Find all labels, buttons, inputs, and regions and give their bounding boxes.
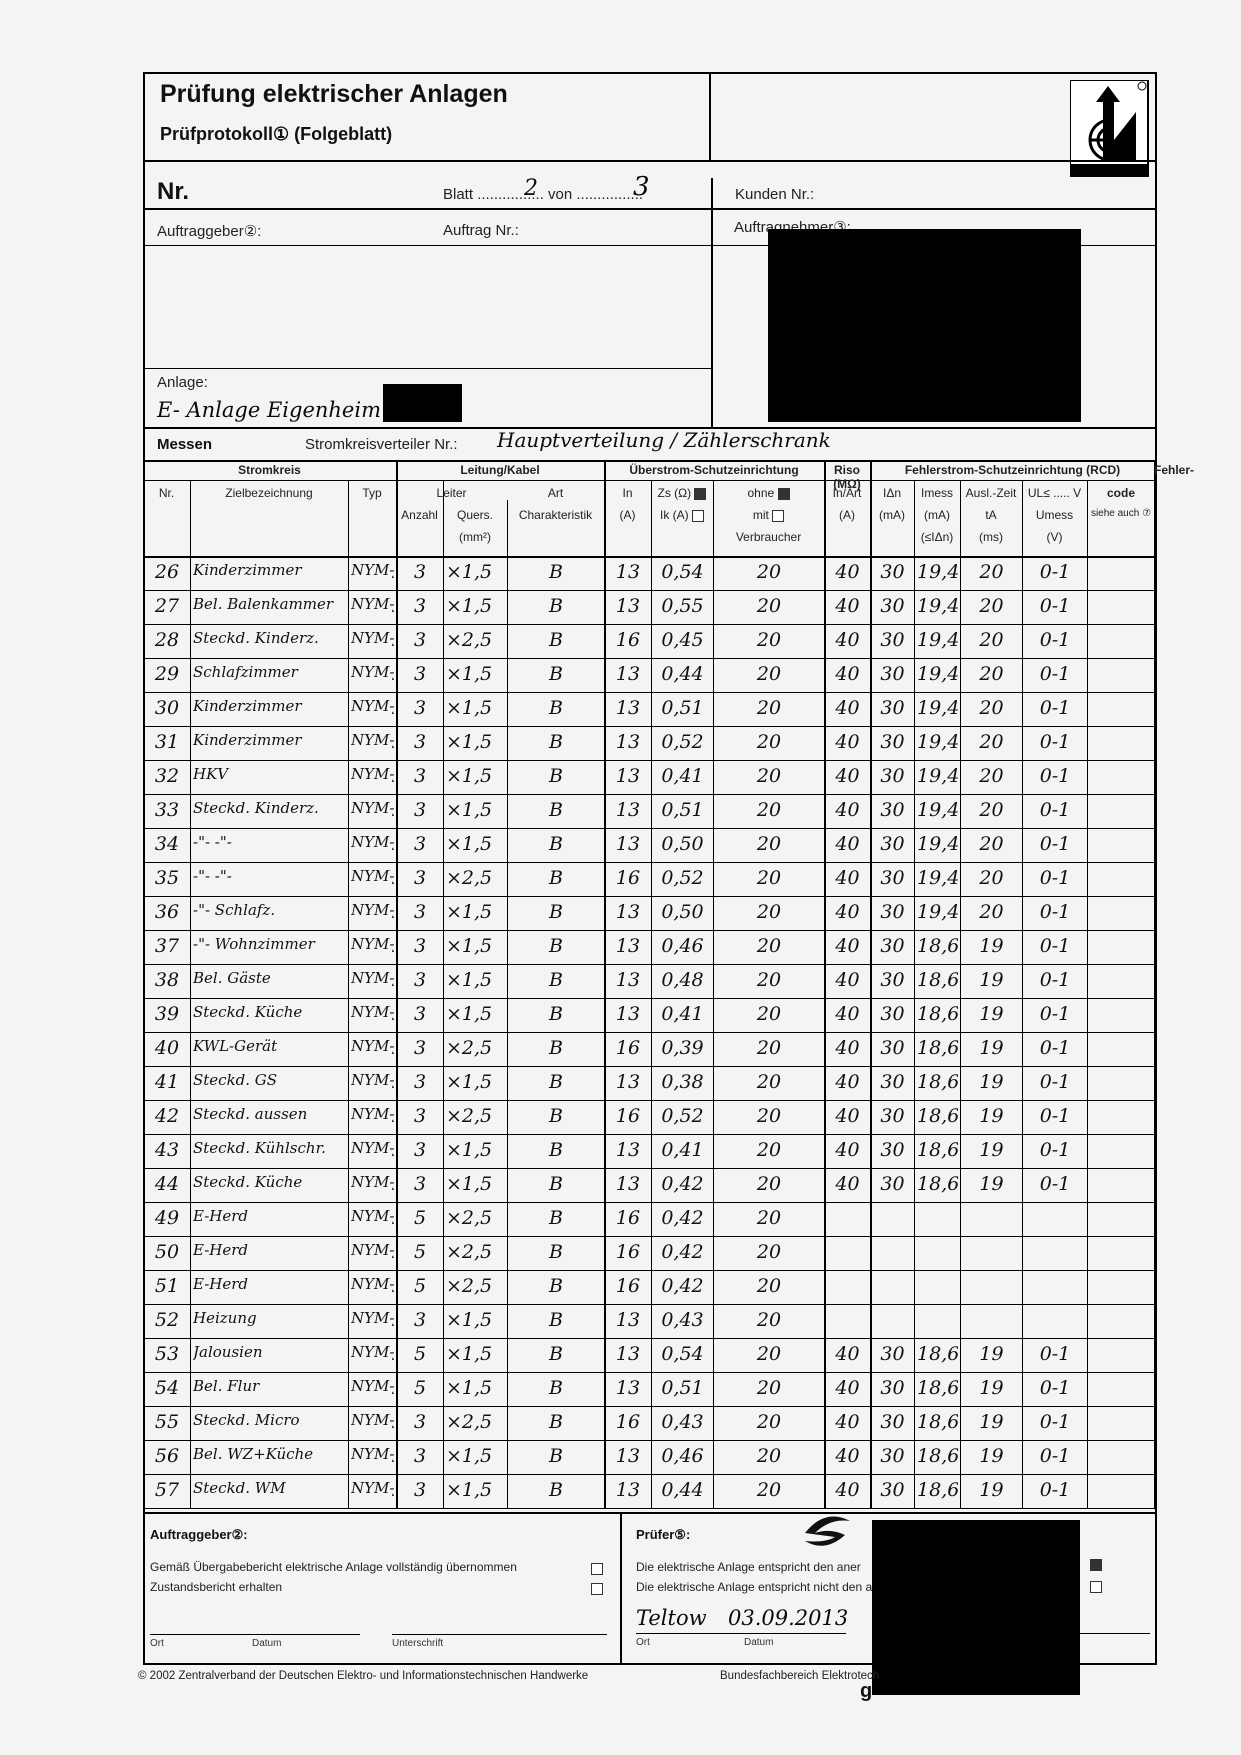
cell-u[interactable]: 0-1 (1025, 595, 1085, 617)
cell-riso[interactable]: 20 (716, 1071, 822, 1093)
cell-anzahl[interactable]: 3 (399, 1173, 441, 1195)
cell-riso[interactable]: 20 (716, 901, 822, 923)
cell-ziel[interactable]: Steckd. Küche (193, 1173, 346, 1191)
cell-nr[interactable]: 54 (146, 1377, 188, 1399)
cell-in[interactable]: 13 (607, 1309, 649, 1331)
cell-nr[interactable]: 53 (146, 1343, 188, 1365)
cell-anzahl[interactable]: 5 (399, 1241, 441, 1263)
cell-typ[interactable]: NYM-J (351, 1479, 394, 1497)
cell-in_art[interactable]: 40 (827, 595, 868, 617)
cell-idn[interactable]: 30 (873, 663, 912, 685)
cell-art[interactable]: B (510, 969, 602, 991)
cell-quers[interactable]: ×1,5 (446, 1445, 505, 1467)
cell-quers[interactable]: ×1,5 (446, 1071, 505, 1093)
cell-idn[interactable]: 30 (873, 799, 912, 821)
cell-imess[interactable]: 18,6 (917, 935, 958, 957)
cell-imess[interactable]: 18,6 (917, 1071, 958, 1093)
cell-ta[interactable]: 19 (963, 969, 1020, 991)
cell-in[interactable]: 13 (607, 1003, 649, 1025)
cell-in[interactable]: 16 (607, 1241, 649, 1263)
cell-nr[interactable]: 44 (146, 1173, 188, 1195)
cell-u[interactable]: 0-1 (1025, 935, 1085, 957)
pruefer-ort-value[interactable]: Teltow (636, 1606, 707, 1630)
cell-zs[interactable]: 0,45 (654, 629, 711, 651)
cell-u[interactable]: 0-1 (1025, 1037, 1085, 1059)
cell-typ[interactable]: NYM-J (351, 1037, 394, 1055)
cell-anzahl[interactable]: 3 (399, 697, 441, 719)
cell-imess[interactable]: 18,6 (917, 1411, 958, 1433)
cell-quers[interactable]: ×1,5 (446, 1139, 505, 1161)
cell-nr[interactable]: 28 (146, 629, 188, 651)
cell-imess[interactable]: 18,6 (917, 1445, 958, 1467)
checkbox-zs[interactable] (694, 488, 706, 500)
cell-typ[interactable]: NYM-J (351, 731, 394, 749)
cell-ziel[interactable]: HKV (193, 765, 346, 783)
cell-zs[interactable]: 0,48 (654, 969, 711, 991)
cell-nr[interactable]: 50 (146, 1241, 188, 1263)
cell-art[interactable]: B (510, 731, 602, 753)
cell-quers[interactable]: ×1,5 (446, 765, 505, 787)
cell-typ[interactable]: NYM-J (351, 1343, 394, 1361)
cell-typ[interactable]: NYM-J (351, 1207, 394, 1225)
cell-imess[interactable]: 18,6 (917, 1003, 958, 1025)
cell-ziel[interactable]: Steckd. Küche (193, 1003, 346, 1021)
cell-imess[interactable]: 19,4 (917, 833, 958, 855)
cell-typ[interactable]: NYM-J (351, 1105, 394, 1123)
cell-quers[interactable]: ×1,5 (446, 731, 505, 753)
cell-riso[interactable]: 20 (716, 1445, 822, 1467)
cell-riso[interactable]: 20 (716, 1309, 822, 1331)
cell-zs[interactable]: 0,42 (654, 1241, 711, 1263)
cell-idn[interactable]: 30 (873, 901, 912, 923)
cell-typ[interactable]: NYM-J (351, 1411, 394, 1429)
cell-nr[interactable]: 37 (146, 935, 188, 957)
cell-nr[interactable]: 42 (146, 1105, 188, 1127)
cell-ta[interactable]: 20 (963, 731, 1020, 753)
cell-ta[interactable]: 19 (963, 1479, 1020, 1501)
cell-ta[interactable]: 20 (963, 901, 1020, 923)
cell-nr[interactable]: 34 (146, 833, 188, 855)
cell-in[interactable]: 13 (607, 663, 649, 685)
cell-in_art[interactable]: 40 (827, 901, 868, 923)
cell-imess[interactable]: 18,6 (917, 1343, 958, 1365)
cell-idn[interactable]: 30 (873, 1377, 912, 1399)
cell-in[interactable]: 16 (607, 1411, 649, 1433)
cell-in_art[interactable]: 40 (827, 731, 868, 753)
cell-ziel[interactable]: Bel. WZ+Küche (193, 1445, 346, 1463)
cell-typ[interactable]: NYM-J (351, 1241, 394, 1259)
cell-anzahl[interactable]: 3 (399, 629, 441, 651)
checkbox-uebernommen[interactable] (591, 1560, 603, 1578)
cell-anzahl[interactable]: 3 (399, 663, 441, 685)
cell-u[interactable]: 0-1 (1025, 731, 1085, 753)
cell-quers[interactable]: ×1,5 (446, 935, 505, 957)
cell-art[interactable]: B (510, 1071, 602, 1093)
cell-imess[interactable]: 19,4 (917, 799, 958, 821)
cell-quers[interactable]: ×2,5 (446, 629, 505, 651)
cell-imess[interactable]: 19,4 (917, 867, 958, 889)
cell-idn[interactable]: 30 (873, 1071, 912, 1093)
cell-ziel[interactable]: Kinderzimmer (193, 697, 346, 715)
cell-riso[interactable]: 20 (716, 799, 822, 821)
cell-idn[interactable]: 30 (873, 833, 912, 855)
cell-quers[interactable]: ×2,5 (446, 1207, 505, 1229)
cell-art[interactable]: B (510, 1003, 602, 1025)
cell-nr[interactable]: 57 (146, 1479, 188, 1501)
cell-in[interactable]: 13 (607, 595, 649, 617)
cell-zs[interactable]: 0,52 (654, 731, 711, 753)
cell-art[interactable]: B (510, 901, 602, 923)
cell-in_art[interactable]: 40 (827, 799, 868, 821)
cell-in_art[interactable]: 40 (827, 697, 868, 719)
cell-imess[interactable]: 19,4 (917, 629, 958, 651)
cell-anzahl[interactable]: 3 (399, 561, 441, 583)
cell-in[interactable]: 16 (607, 867, 649, 889)
cell-u[interactable]: 0-1 (1025, 867, 1085, 889)
cell-anzahl[interactable]: 3 (399, 1037, 441, 1059)
cell-anzahl[interactable]: 3 (399, 1309, 441, 1331)
cell-art[interactable]: B (510, 1275, 602, 1297)
cell-nr[interactable]: 38 (146, 969, 188, 991)
cell-ta[interactable]: 20 (963, 799, 1020, 821)
cell-idn[interactable]: 30 (873, 1037, 912, 1059)
cell-anzahl[interactable]: 3 (399, 935, 441, 957)
cell-riso[interactable]: 20 (716, 765, 822, 787)
cell-in[interactable]: 13 (607, 1479, 649, 1501)
cell-in_art[interactable]: 40 (827, 833, 868, 855)
cell-idn[interactable]: 30 (873, 697, 912, 719)
cell-riso[interactable]: 20 (716, 935, 822, 957)
cell-nr[interactable]: 26 (146, 561, 188, 583)
cell-nr[interactable]: 29 (146, 663, 188, 685)
cell-typ[interactable]: NYM-J (351, 833, 394, 851)
cell-in_art[interactable]: 40 (827, 935, 868, 957)
cell-ziel[interactable]: E-Herd (193, 1275, 346, 1293)
cell-ta[interactable]: 19 (963, 1003, 1020, 1025)
checkbox-entspricht[interactable] (1090, 1556, 1102, 1574)
cell-nr[interactable]: 51 (146, 1275, 188, 1297)
cell-quers[interactable]: ×1,5 (446, 1343, 505, 1365)
cell-imess[interactable]: 19,4 (917, 697, 958, 719)
cell-ziel[interactable]: E-Herd (193, 1241, 346, 1259)
cell-zs[interactable]: 0,42 (654, 1207, 711, 1229)
cell-quers[interactable]: ×1,5 (446, 1003, 505, 1025)
cell-in_art[interactable]: 40 (827, 969, 868, 991)
cell-nr[interactable]: 52 (146, 1309, 188, 1331)
cell-typ[interactable]: NYM-J (351, 1377, 394, 1395)
cell-zs[interactable]: 0,41 (654, 1003, 711, 1025)
cell-nr[interactable]: 55 (146, 1411, 188, 1433)
cell-ziel[interactable]: -"- Schlafz. (193, 901, 346, 919)
cell-nr[interactable]: 49 (146, 1207, 188, 1229)
cell-ziel[interactable]: Steckd. Kühlschr. (193, 1139, 346, 1157)
cell-riso[interactable]: 20 (716, 561, 822, 583)
cell-anzahl[interactable]: 3 (399, 833, 441, 855)
cell-anzahl[interactable]: 3 (399, 1071, 441, 1093)
cell-idn[interactable]: 30 (873, 1173, 912, 1195)
cell-typ[interactable]: NYM-J (351, 765, 394, 783)
checkbox-zustandsbericht[interactable] (591, 1580, 603, 1598)
cell-riso[interactable]: 20 (716, 663, 822, 685)
cell-in[interactable]: 16 (607, 1037, 649, 1059)
cell-art[interactable]: B (510, 765, 602, 787)
cell-quers[interactable]: ×1,5 (446, 697, 505, 719)
cell-zs[interactable]: 0,43 (654, 1411, 711, 1433)
cell-art[interactable]: B (510, 1037, 602, 1059)
cell-u[interactable]: 0-1 (1025, 1173, 1085, 1195)
cell-riso[interactable]: 20 (716, 595, 822, 617)
cell-anzahl[interactable]: 3 (399, 1411, 441, 1433)
cell-imess[interactable]: 18,6 (917, 969, 958, 991)
cell-typ[interactable]: NYM-J (351, 1139, 394, 1157)
cell-idn[interactable]: 30 (873, 1411, 912, 1433)
cell-zs[interactable]: 0,44 (654, 1479, 711, 1501)
cell-nr[interactable]: 27 (146, 595, 188, 617)
cell-nr[interactable]: 31 (146, 731, 188, 753)
cell-riso[interactable]: 20 (716, 833, 822, 855)
cell-art[interactable]: B (510, 1207, 602, 1229)
cell-idn[interactable]: 30 (873, 867, 912, 889)
cell-zs[interactable]: 0,39 (654, 1037, 711, 1059)
cell-art[interactable]: B (510, 1173, 602, 1195)
cell-typ[interactable]: NYM-J (351, 901, 394, 919)
cell-u[interactable]: 0-1 (1025, 1071, 1085, 1093)
von-value[interactable]: 3 (633, 172, 650, 202)
cell-idn[interactable]: 30 (873, 629, 912, 651)
cell-quers[interactable]: ×1,5 (446, 1377, 505, 1399)
cell-u[interactable]: 0-1 (1025, 969, 1085, 991)
cell-idn[interactable]: 30 (873, 731, 912, 753)
cell-idn[interactable]: 30 (873, 1479, 912, 1501)
cell-riso[interactable]: 20 (716, 1139, 822, 1161)
cell-riso[interactable]: 20 (716, 731, 822, 753)
cell-art[interactable]: B (510, 663, 602, 685)
cell-riso[interactable]: 20 (716, 1377, 822, 1399)
verteiler-value[interactable]: Hauptverteilung / Zählerschrank (497, 428, 831, 452)
cell-zs[interactable]: 0,51 (654, 1377, 711, 1399)
cell-idn[interactable]: 30 (873, 1139, 912, 1161)
cell-quers[interactable]: ×2,5 (446, 867, 505, 889)
cell-u[interactable]: 0-1 (1025, 1445, 1085, 1467)
cell-in_art[interactable]: 40 (827, 1003, 868, 1025)
cell-ta[interactable]: 20 (963, 595, 1020, 617)
cell-ziel[interactable]: -"- Wohnzimmer (193, 935, 346, 953)
cell-nr[interactable]: 39 (146, 1003, 188, 1025)
cell-typ[interactable]: NYM-J (351, 561, 394, 579)
cell-nr[interactable]: 33 (146, 799, 188, 821)
cell-anzahl[interactable]: 5 (399, 1377, 441, 1399)
cell-typ[interactable]: NYM-J (351, 1003, 394, 1021)
cell-imess[interactable]: 18,6 (917, 1479, 958, 1501)
cell-art[interactable]: B (510, 1479, 602, 1501)
cell-riso[interactable]: 20 (716, 867, 822, 889)
cell-anzahl[interactable]: 3 (399, 799, 441, 821)
cell-imess[interactable]: 18,6 (917, 1105, 958, 1127)
cell-in_art[interactable]: 40 (827, 867, 868, 889)
cell-in[interactable]: 16 (607, 1275, 649, 1297)
cell-nr[interactable]: 56 (146, 1445, 188, 1467)
cell-art[interactable]: B (510, 1377, 602, 1399)
cell-ziel[interactable]: Bel. Balenkammer (193, 595, 346, 613)
cell-idn[interactable]: 30 (873, 595, 912, 617)
cell-anzahl[interactable]: 3 (399, 1445, 441, 1467)
cell-typ[interactable]: NYM-J (351, 1309, 394, 1327)
cell-riso[interactable]: 20 (716, 1343, 822, 1365)
cell-quers[interactable]: ×1,5 (446, 901, 505, 923)
cell-riso[interactable]: 20 (716, 697, 822, 719)
cell-quers[interactable]: ×2,5 (446, 1411, 505, 1433)
cell-ziel[interactable]: Kinderzimmer (193, 561, 346, 579)
cell-art[interactable]: B (510, 595, 602, 617)
cell-anzahl[interactable]: 3 (399, 765, 441, 787)
cell-typ[interactable]: NYM-J (351, 1275, 394, 1293)
cell-in[interactable]: 13 (607, 1071, 649, 1093)
cell-ziel[interactable]: KWL-Gerät (193, 1037, 346, 1055)
cell-quers[interactable]: ×1,5 (446, 1479, 505, 1501)
cell-imess[interactable]: 18,6 (917, 1037, 958, 1059)
cell-in_art[interactable]: 40 (827, 1173, 868, 1195)
cell-quers[interactable]: ×2,5 (446, 1241, 505, 1263)
cell-zs[interactable]: 0,44 (654, 663, 711, 685)
cell-typ[interactable]: NYM-J (351, 1445, 394, 1463)
cell-ta[interactable]: 19 (963, 1343, 1020, 1365)
cell-in[interactable]: 13 (607, 1377, 649, 1399)
cell-in[interactable]: 13 (607, 731, 649, 753)
cell-in[interactable]: 13 (607, 901, 649, 923)
cell-in[interactable]: 13 (607, 799, 649, 821)
cell-zs[interactable]: 0,50 (654, 901, 711, 923)
cell-idn[interactable]: 30 (873, 1445, 912, 1467)
cell-in[interactable]: 16 (607, 1105, 649, 1127)
cell-typ[interactable]: NYM-J (351, 969, 394, 987)
cell-in_art[interactable]: 40 (827, 1139, 868, 1161)
cell-ta[interactable]: 19 (963, 1377, 1020, 1399)
cell-zs[interactable]: 0,50 (654, 833, 711, 855)
cell-ziel[interactable]: Steckd. Kinderz. (193, 629, 346, 647)
cell-typ[interactable]: NYM-J (351, 663, 394, 681)
cell-zs[interactable]: 0,51 (654, 799, 711, 821)
cell-zs[interactable]: 0,43 (654, 1309, 711, 1331)
cell-ziel[interactable]: Steckd. Micro (193, 1411, 346, 1429)
cell-ta[interactable]: 20 (963, 833, 1020, 855)
cell-nr[interactable]: 41 (146, 1071, 188, 1093)
cell-zs[interactable]: 0,54 (654, 1343, 711, 1365)
cell-riso[interactable]: 20 (716, 1275, 822, 1297)
cell-typ[interactable]: NYM-J (351, 595, 394, 613)
checkbox-mit[interactable] (772, 510, 784, 522)
cell-ziel[interactable]: Steckd. WM (193, 1479, 346, 1497)
cell-nr[interactable]: 35 (146, 867, 188, 889)
cell-ta[interactable]: 20 (963, 663, 1020, 685)
cell-quers[interactable]: ×1,5 (446, 1309, 505, 1331)
cell-anzahl[interactable]: 3 (399, 1139, 441, 1161)
cell-ta[interactable]: 20 (963, 867, 1020, 889)
cell-ziel[interactable]: E-Herd (193, 1207, 346, 1225)
cell-idn[interactable]: 30 (873, 1105, 912, 1127)
cell-typ[interactable]: NYM-J (351, 1173, 394, 1191)
cell-anzahl[interactable]: 3 (399, 867, 441, 889)
cell-typ[interactable]: NYM-J (351, 629, 394, 647)
cell-imess[interactable]: 19,4 (917, 901, 958, 923)
cell-in_art[interactable]: 40 (827, 1071, 868, 1093)
cell-typ[interactable]: NYM-J (351, 799, 394, 817)
cell-ziel[interactable]: -"- -"- (193, 833, 346, 851)
cell-zs[interactable]: 0,52 (654, 1105, 711, 1127)
cell-u[interactable]: 0-1 (1025, 663, 1085, 685)
cell-quers[interactable]: ×1,5 (446, 799, 505, 821)
cell-riso[interactable]: 20 (716, 1241, 822, 1263)
cell-anzahl[interactable]: 3 (399, 1003, 441, 1025)
cell-ta[interactable]: 20 (963, 697, 1020, 719)
cell-ziel[interactable]: Steckd. GS (193, 1071, 346, 1089)
cell-art[interactable]: B (510, 1411, 602, 1433)
cell-ta[interactable]: 20 (963, 765, 1020, 787)
blatt-value[interactable]: 2 (524, 176, 538, 201)
cell-in[interactable]: 13 (607, 1445, 649, 1467)
pruefer-datum-value[interactable]: 03.09.2013 (728, 1606, 848, 1630)
cell-ta[interactable]: 19 (963, 935, 1020, 957)
cell-art[interactable]: B (510, 1139, 602, 1161)
cell-u[interactable]: 0-1 (1025, 1343, 1085, 1365)
cell-nr[interactable]: 43 (146, 1139, 188, 1161)
cell-in[interactable]: 13 (607, 561, 649, 583)
cell-anzahl[interactable]: 5 (399, 1275, 441, 1297)
cell-quers[interactable]: ×1,5 (446, 663, 505, 685)
cell-idn[interactable]: 30 (873, 765, 912, 787)
cell-in[interactable]: 13 (607, 833, 649, 855)
cell-art[interactable]: B (510, 1309, 602, 1331)
cell-zs[interactable]: 0,42 (654, 1275, 711, 1297)
cell-in[interactable]: 13 (607, 1173, 649, 1195)
cell-ta[interactable]: 19 (963, 1071, 1020, 1093)
cell-u[interactable]: 0-1 (1025, 629, 1085, 651)
cell-zs[interactable]: 0,55 (654, 595, 711, 617)
cell-riso[interactable]: 20 (716, 1207, 822, 1229)
cell-typ[interactable]: NYM-J (351, 935, 394, 953)
cell-anzahl[interactable]: 3 (399, 1105, 441, 1127)
cell-art[interactable]: B (510, 1241, 602, 1263)
cell-anzahl[interactable]: 3 (399, 969, 441, 991)
cell-riso[interactable]: 20 (716, 1003, 822, 1025)
cell-u[interactable]: 0-1 (1025, 799, 1085, 821)
cell-anzahl[interactable]: 5 (399, 1343, 441, 1365)
cell-in[interactable]: 13 (607, 1343, 649, 1365)
cell-ziel[interactable]: Jalousien (193, 1343, 346, 1361)
cell-imess[interactable]: 19,4 (917, 663, 958, 685)
cell-anzahl[interactable]: 3 (399, 731, 441, 753)
cell-in_art[interactable]: 40 (827, 1479, 868, 1501)
cell-in[interactable]: 13 (607, 1139, 649, 1161)
cell-in_art[interactable]: 40 (827, 1411, 868, 1433)
cell-quers[interactable]: ×1,5 (446, 595, 505, 617)
cell-u[interactable]: 0-1 (1025, 697, 1085, 719)
cell-typ[interactable]: NYM-J (351, 697, 394, 715)
cell-u[interactable]: 0-1 (1025, 833, 1085, 855)
cell-ziel[interactable]: Steckd. aussen (193, 1105, 346, 1123)
cell-imess[interactable]: 18,6 (917, 1139, 958, 1161)
cell-ta[interactable]: 19 (963, 1139, 1020, 1161)
checkbox-entspricht-nicht[interactable] (1090, 1578, 1102, 1596)
cell-ta[interactable]: 19 (963, 1445, 1020, 1467)
cell-in_art[interactable]: 40 (827, 1445, 868, 1467)
cell-in_art[interactable]: 40 (827, 1105, 868, 1127)
cell-art[interactable]: B (510, 1343, 602, 1365)
cell-art[interactable]: B (510, 1445, 602, 1467)
cell-typ[interactable]: NYM-J (351, 867, 394, 885)
cell-anzahl[interactable]: 5 (399, 1207, 441, 1229)
cell-anzahl[interactable]: 3 (399, 595, 441, 617)
cell-in[interactable]: 13 (607, 697, 649, 719)
